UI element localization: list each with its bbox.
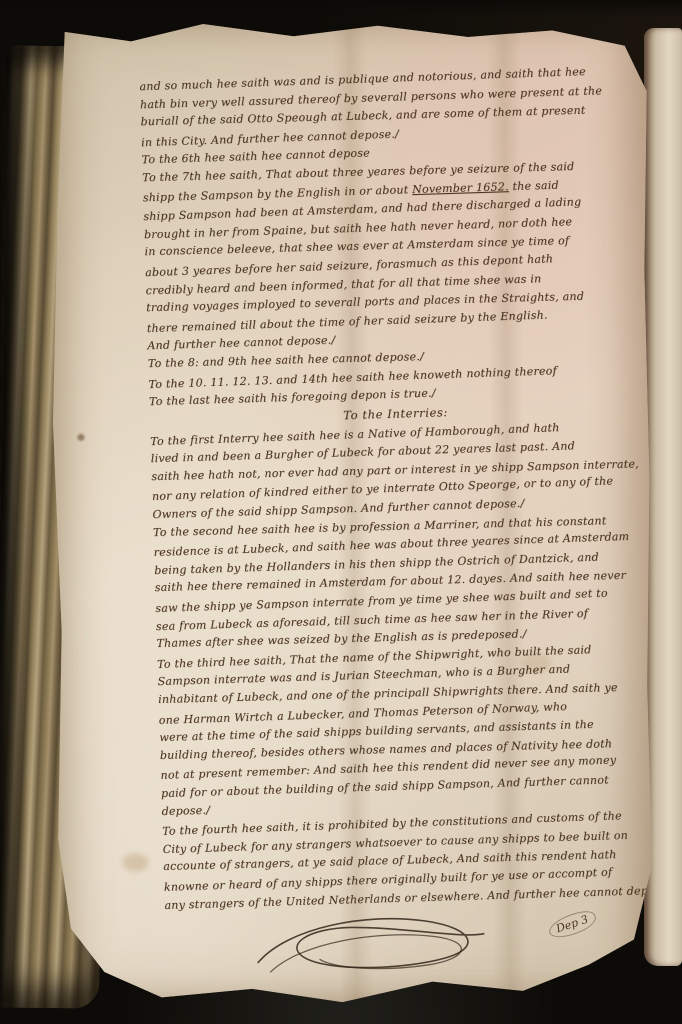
- ink-spot: [77, 434, 84, 441]
- line-text: the said: [509, 178, 559, 193]
- underlined-date: November 1652.: [412, 180, 509, 196]
- paper-stain: [122, 853, 148, 871]
- interrogatory-answers: To the first Interry hee saith hee is a …: [150, 417, 657, 915]
- folio-mark: Dep 3: [546, 907, 599, 941]
- manuscript-page: and so much hee saith was and is publiqu…: [47, 12, 656, 1008]
- pen-flourish-icon: [247, 902, 511, 995]
- photo-vignette-top: [0, 0, 682, 18]
- deposition-answers-top: and so much hee saith was and is publiqu…: [139, 62, 634, 189]
- deposition-answers-bottom: shipp Sampson had been at Amsterdam, and…: [143, 192, 641, 411]
- manuscript-text: and so much hee saith was and is publiqu…: [139, 62, 656, 915]
